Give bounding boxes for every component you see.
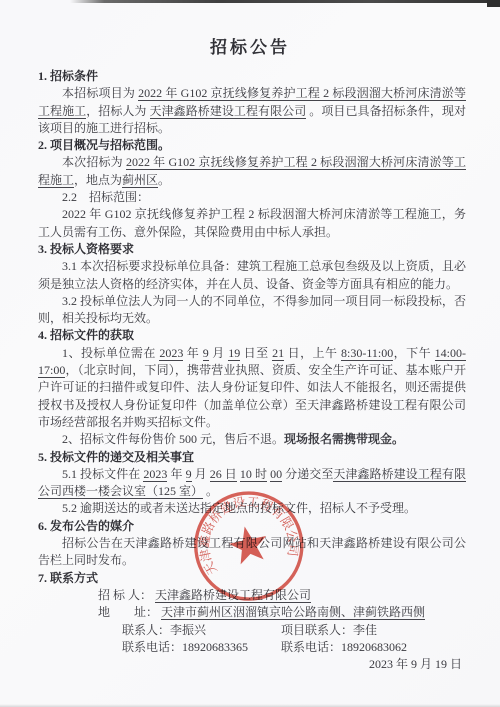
contact-person-name: 李振兴 <box>170 623 206 637</box>
phone2-number: 18920683062 <box>341 640 407 654</box>
scanned-document-page: 招标公告 1. 招标条件 本招标项目为 2022 年 G102 京抚线修复养护工… <box>0 0 500 707</box>
bidder-value: 天津鑫路桥建设工程有限公司 <box>155 588 311 603</box>
phone1-label: 联系电话： <box>122 640 182 654</box>
address-row: 地 址： 天津市蓟州区洇溜镇京哈公路南侧、津蓟铁路西侧 <box>38 604 466 621</box>
section-4-heading: 4. 招标文件的获取 <box>38 327 466 344</box>
section-7-heading: 7. 联系方式 <box>38 570 466 587</box>
phone1-number: 18920683365 <box>182 640 248 654</box>
project-contact-label: 项目联系人： <box>281 623 353 637</box>
contact-person-label: 联系人： <box>122 623 170 637</box>
page-title: 招标公告 <box>0 33 500 58</box>
section-2-paragraph-2: 2.2 招标范围： <box>38 189 466 206</box>
bidder-label: 招 标 人： <box>98 588 152 602</box>
announcement-date: 2023 年 9 月 19 日 <box>38 656 466 673</box>
section-3-paragraph-2: 3.2 投标单位法人为同一人的不同单位，不得参加同一项目同一标段投标，否则，相关… <box>38 293 466 328</box>
section-6-paragraph: 招标公告在天津鑫路桥建设工程有限公司网站和天津鑫路桥建设有限公司公告栏上同时发布… <box>38 535 466 570</box>
section-1-heading: 1. 招标条件 <box>38 68 466 85</box>
section-5-paragraph-2: 5.2 逾期送达的或者未送达指定地点的投标文件，招标人不予受理。 <box>38 500 466 517</box>
address-label: 地 址： <box>98 605 158 619</box>
section-1-paragraph: 本招标项目为 2022 年 G102 京抚线修复养护工程 2 标段洇溜大桥河床清… <box>38 85 466 137</box>
phone2-label: 联系电话： <box>281 640 341 654</box>
contact-phone-2: 联系电话：18920683062 <box>281 640 407 654</box>
bidder-row: 招 标 人： 天津鑫路桥建设工程有限公司 <box>38 587 466 604</box>
document-body: 1. 招标条件 本招标项目为 2022 年 G102 京抚线修复养护工程 2 标… <box>0 68 500 673</box>
contact-names-row: 联系人：李振兴 项目联系人：李佳 <box>38 622 466 639</box>
section-4-paragraph-2: 2、招标文件每份售价 500 元，售后不退。现场报名需携带现金。 <box>38 431 466 448</box>
section-2-heading: 2. 项目概况与招标范围。 <box>38 137 466 154</box>
contact-phone-1: 联系电话：18920683365 <box>98 639 278 656</box>
project-contact-name: 李佳 <box>353 623 377 637</box>
section-2-paragraph-3: 2022 年 G102 京抚线修复养护工程 2 标段洇溜大桥河床清淤等工程施工，… <box>38 206 466 241</box>
section-6-heading: 6. 发布公告的媒介 <box>38 518 466 535</box>
contact-person: 联系人：李振兴 <box>98 622 278 639</box>
project-contact-person: 项目联系人：李佳 <box>281 623 377 637</box>
scan-edge-corner <box>487 0 500 7</box>
section-2-paragraph-1: 本次招标为 2022 年 G102 京抚线修复养护工程 2 标段洇溜大桥河床清淤… <box>38 154 466 189</box>
section-5-heading: 5. 投标文件的递交及相关事宜 <box>38 449 466 466</box>
contact-phones-row: 联系电话：18920683365 联系电话：18920683062 <box>38 639 466 656</box>
scan-edge-top <box>70 0 500 3</box>
section-3-paragraph-1: 3.1 本次招标要求投标单位具备：建筑工程施工总承包叁级及以上资质，且必须是独立… <box>38 258 466 293</box>
section-3-heading: 3. 投标人资格要求 <box>38 241 466 258</box>
section-4-paragraph-1: 1、投标单位需在 2023 年 9 月 19 日至 21 日，上午 8:30-1… <box>38 345 466 431</box>
section-5-paragraph-1: 5.1 投标文件在 2023 年 9 月 26 日 10 时 00 分递交至天津… <box>38 466 466 501</box>
address-value: 天津市蓟州区洇溜镇京哈公路南侧、津蓟铁路西侧 <box>161 605 425 620</box>
